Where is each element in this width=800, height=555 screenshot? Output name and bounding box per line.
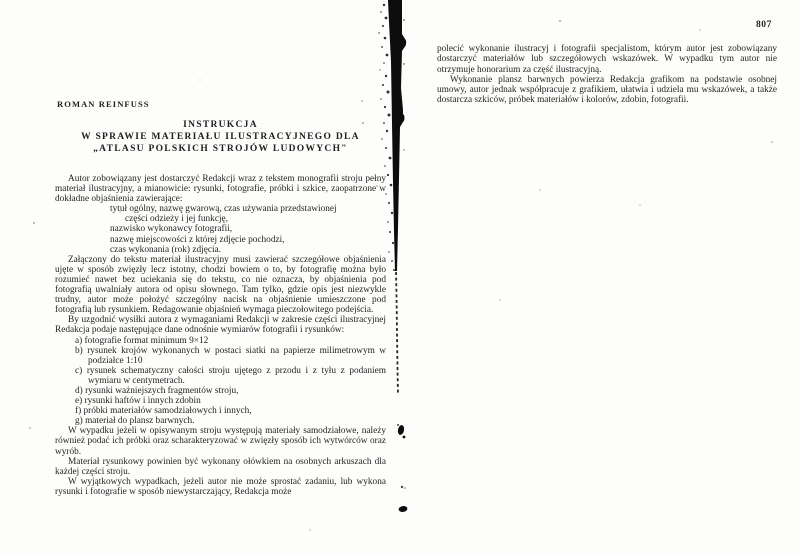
list-item: c) rysunek schematyczny całości stroju u… bbox=[55, 366, 386, 386]
list-item: a) fotografie format minimum 9×12 bbox=[55, 336, 386, 346]
author-name: ROMAN REINFUSS bbox=[57, 99, 150, 109]
paragraph: Autor zobowiązany jest dostarczyć Redakc… bbox=[55, 174, 386, 204]
paragraph: W wyjątkowych wypadkach, jeżeli autor ni… bbox=[55, 477, 386, 497]
page-number: 807 bbox=[756, 20, 772, 30]
ink-blob-artifacts bbox=[397, 424, 408, 512]
title-line: W SPRAWIE MATERIAŁU ILUSTRACYJNEGO DLA bbox=[55, 131, 386, 143]
title-line: „ATLASU POLSKICH STROJÓW LUDOWYCH" bbox=[55, 143, 386, 155]
caption-requirement-line: części odzieży i jej funkcję, bbox=[125, 214, 386, 224]
list-item: b) rysunek krojów wykonanych w postaci s… bbox=[55, 346, 386, 366]
list-item: f) próbki materiałów samodziałowych i in… bbox=[55, 406, 386, 416]
paragraph: polecić wykonanie ilustracyj i fotografi… bbox=[437, 44, 777, 75]
caption-requirement-line: nazwę miejscowości z której zdjęcie poch… bbox=[110, 235, 386, 245]
list-item: e) rysunki haftów i innych zdobin bbox=[55, 396, 386, 406]
caption-requirement-line: tytuł ogólny, nazwę gwarową, czas używan… bbox=[110, 204, 386, 214]
article-title: INSTRUKCJA W SPRAWIE MATERIAŁU ILUSTRACY… bbox=[55, 119, 386, 155]
list-item: g) materiał do plansz barwnych. bbox=[55, 416, 386, 426]
book-scan-spread: ROMAN REINFUSS INSTRUKCJA W SPRAWIE MATE… bbox=[0, 0, 800, 555]
caption-requirement-line: nazwisko wykonawcy fotografii, bbox=[110, 224, 386, 234]
paragraph: Materiał rysunkowy powinien być wykonany… bbox=[55, 457, 386, 477]
paragraph: Wykonanie plansz barwnych powierza Redak… bbox=[437, 75, 777, 106]
list-item: d) rysunki ważniejszych fragmentów stroj… bbox=[55, 386, 386, 396]
left-page: ROMAN REINFUSS INSTRUKCJA W SPRAWIE MATE… bbox=[55, 0, 386, 555]
paragraph: W wypadku jeżeli w opisywanym stroju wys… bbox=[55, 426, 386, 456]
paragraph: By uzgodnić wysiłki autora z wymaganiami… bbox=[55, 315, 386, 335]
right-page-body: polecić wykonanie ilustracyj i fotografi… bbox=[437, 44, 777, 106]
paragraph: Załączony do tekstu materiał ilustracyjn… bbox=[55, 255, 386, 316]
right-page: 807 polecić wykonanie ilustracyj i fotog… bbox=[437, 0, 777, 555]
left-page-body: Autor zobowiązany jest dostarczyć Redakc… bbox=[55, 174, 386, 497]
caption-requirement-line: czas wykonania (rok) zdjęcia. bbox=[110, 245, 386, 255]
title-line: INSTRUKCJA bbox=[55, 119, 386, 131]
